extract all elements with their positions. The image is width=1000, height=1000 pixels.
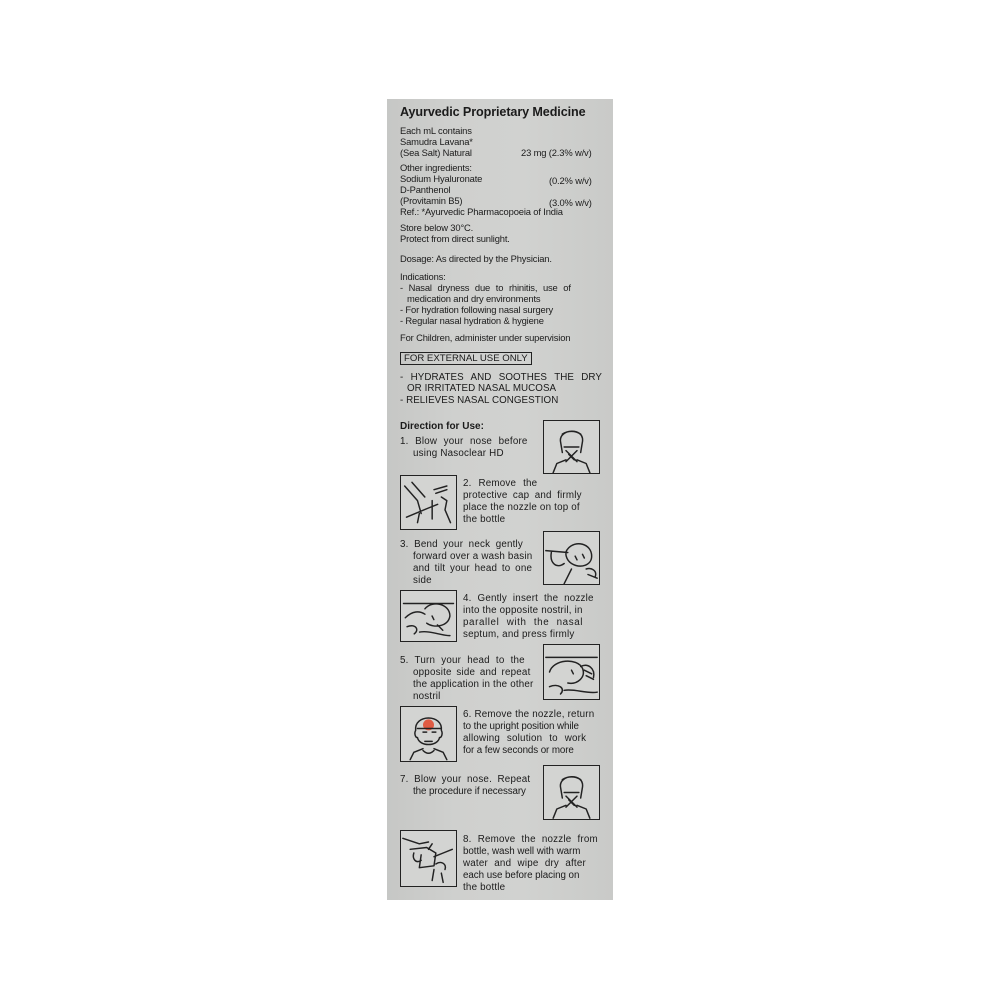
- composition-intro: Each mL contains: [400, 126, 472, 137]
- step-1-line: 1. Blow your nose before: [400, 436, 528, 448]
- active-amount: 23 mg (2.3% w/v): [521, 148, 592, 159]
- dosage: Dosage: As directed by the Physician.: [400, 254, 552, 265]
- step-7-line: 7. Blow your nose. Repeat: [400, 774, 530, 786]
- step-5-line: the application in the other: [413, 679, 534, 691]
- tilt-head-icon: [543, 531, 600, 585]
- medicine-label-panel: Ayurvedic Proprietary Medicine Each mL c…: [387, 99, 613, 900]
- step-6-line: 6. Remove the nozzle, return: [463, 709, 594, 721]
- claim-item: - RELIEVES NASAL CONGESTION: [400, 395, 558, 406]
- insert-nozzle-icon: [400, 590, 457, 642]
- storage-temp: Store below 30°C.: [400, 223, 473, 234]
- step-5-line: opposite side and repeat: [413, 667, 531, 679]
- step-5-line: nostril: [413, 691, 441, 703]
- step-2-line: protective cap and firmly: [463, 490, 582, 502]
- step-8-line: 8. Remove the nozzle from: [463, 834, 598, 846]
- storage-light: Protect from direct sunlight.: [400, 234, 510, 245]
- step-6-line: for a few seconds or more: [463, 745, 574, 757]
- step-4-line: parallel with the nasal: [463, 617, 583, 629]
- indication-item: - For hydration following nasal surgery: [400, 305, 553, 316]
- ingredient-name: (Provitamin B5): [400, 196, 462, 207]
- pharmacopoeia-reference: Ref.: *Ayurvedic Pharmacopoeia of India: [400, 207, 563, 218]
- step-8-line: water and wipe dry after: [463, 858, 586, 870]
- step-8-line: the bottle: [463, 882, 505, 894]
- step-1-line: using Nasoclear HD: [413, 448, 504, 460]
- step-6-line: allowing solution to work: [463, 733, 586, 745]
- step-3-line: and tilt your head to one: [413, 563, 532, 575]
- indication-item: - Nasal dryness due to rhinitis, use of: [400, 283, 571, 294]
- blow-nose-icon: [543, 420, 600, 474]
- step-8-line: bottle, wash well with warm: [463, 846, 580, 858]
- wash-nozzle-icon: [400, 830, 457, 887]
- step-7-line: the procedure if necessary: [413, 786, 526, 798]
- children-note: For Children, administer under supervisi…: [400, 333, 570, 344]
- indication-item: medication and dry environments: [407, 294, 540, 305]
- claim-item: - HYDRATES AND SOOTHES THE DRY: [400, 372, 602, 383]
- directions-heading: Direction for Use:: [400, 421, 484, 432]
- step-2-line: place the nozzle on top of: [463, 502, 580, 514]
- blow-nose-icon: [543, 765, 600, 820]
- label-title: Ayurvedic Proprietary Medicine: [400, 105, 586, 119]
- step-2-line: 2. Remove the: [463, 478, 537, 490]
- step-8-line: each use before placing on: [463, 870, 579, 882]
- step-6-line: to the upright position while: [463, 721, 579, 733]
- external-use-badge: FOR EXTERNAL USE ONLY: [400, 352, 532, 365]
- ingredient-amount: (0.2% w/v): [549, 176, 592, 187]
- indication-item: - Regular nasal hydration & hygiene: [400, 316, 544, 327]
- attach-nozzle-icon: [400, 475, 457, 530]
- step-4-line: 4. Gently insert the nozzle: [463, 593, 594, 605]
- ingredient-name: D-Panthenol: [400, 185, 450, 196]
- other-ingredients-heading: Other ingredients:: [400, 163, 472, 174]
- upright-face-icon: [400, 706, 457, 762]
- indications-heading: Indications:: [400, 272, 446, 283]
- step-3-line: forward over a wash basin: [413, 551, 532, 563]
- step-4-line: septum, and press firmly: [463, 629, 575, 641]
- active-name-1: Samudra Lavana*: [400, 137, 473, 148]
- step-2-line: the bottle: [463, 514, 505, 526]
- repeat-other-nostril-icon: [543, 644, 600, 700]
- step-4-line: into the opposite nostril, in: [463, 605, 583, 617]
- ingredient-name: Sodium Hyaluronate: [400, 174, 482, 185]
- active-name-2: (Sea Salt) Natural: [400, 148, 472, 159]
- step-3-line: side: [413, 575, 432, 587]
- claim-item: OR IRRITATED NASAL MUCOSA: [407, 383, 556, 394]
- step-5-line: 5. Turn your head to the: [400, 655, 525, 667]
- step-3-line: 3. Bend your neck gently: [400, 539, 523, 551]
